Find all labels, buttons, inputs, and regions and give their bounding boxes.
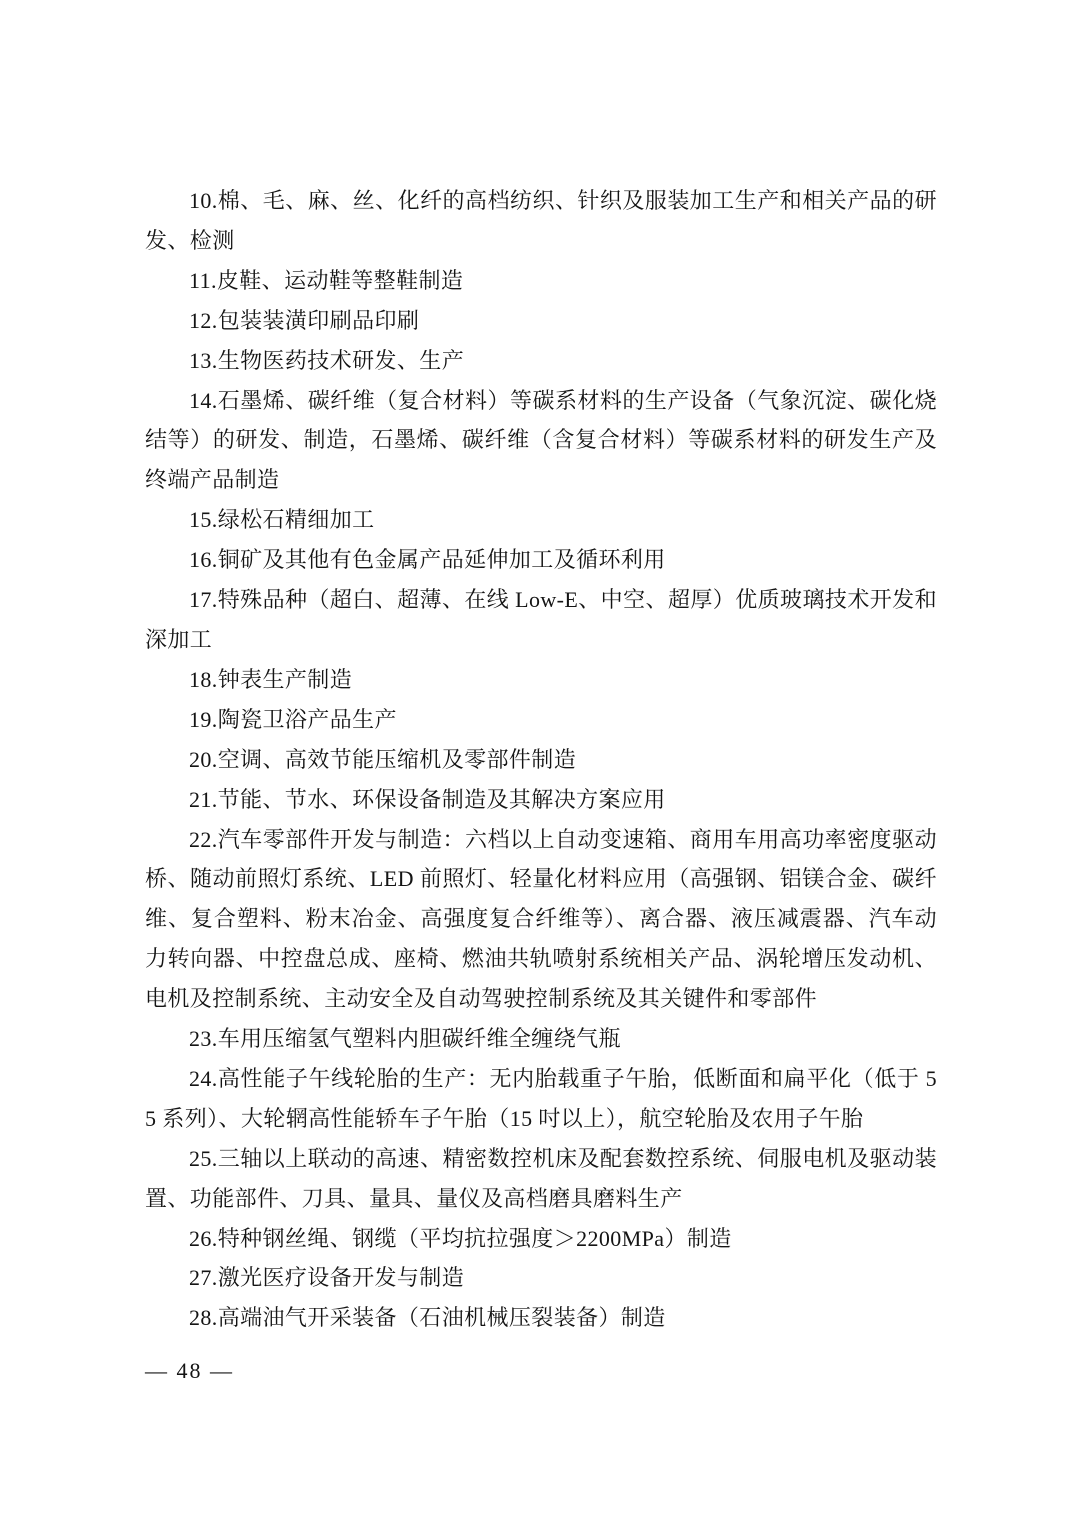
document-body: 10.棉、毛、麻、丝、化纤的高档纺织、针织及服装加工生产和相关产品的研发、检测 …: [145, 181, 937, 1338]
document-page: 10.棉、毛、麻、丝、化纤的高档纺织、针织及服装加工生产和相关产品的研发、检测 …: [0, 0, 1074, 1520]
list-item: 16.铜矿及其他有色金属产品延伸加工及循环利用: [145, 540, 937, 580]
list-item: 21.节能、节水、环保设备制造及其解决方案应用: [145, 780, 937, 820]
list-item: 23.车用压缩氢气塑料内胆碳纤维全缠绕气瓶: [145, 1019, 937, 1059]
list-item: 26.特种钢丝绳、钢缆（平均抗拉强度＞2200MPa）制造: [145, 1219, 937, 1259]
list-item: 15.绿松石精细加工: [145, 500, 937, 540]
list-item: 28.高端油气开采装备（石油机械压裂装备）制造: [145, 1298, 937, 1338]
page-number: — 48 —: [145, 1358, 234, 1384]
list-item: 25.三轴以上联动的高速、精密数控机床及配套数控系统、伺服电机及驱动装置、功能部…: [145, 1139, 937, 1219]
list-item: 24.高性能子午线轮胎的生产：无内胎载重子午胎，低断面和扁平化（低于 55 系列…: [145, 1059, 937, 1139]
list-item: 17.特殊品种（超白、超薄、在线 Low-E、中空、超厚）优质玻璃技术开发和深加…: [145, 580, 937, 660]
list-item: 14.石墨烯、碳纤维（复合材料）等碳系材料的生产设备（气象沉淀、碳化烧结等）的研…: [145, 381, 937, 501]
list-item: 27.激光医疗设备开发与制造: [145, 1258, 937, 1298]
list-item: 22.汽车零部件开发与制造：六档以上自动变速箱、商用车用高功率密度驱动桥、随动前…: [145, 820, 937, 1020]
list-item: 12.包装装潢印刷品印刷: [145, 301, 937, 341]
list-item: 13.生物医药技术研发、生产: [145, 341, 937, 381]
list-item: 20.空调、高效节能压缩机及零部件制造: [145, 740, 937, 780]
list-item: 19.陶瓷卫浴产品生产: [145, 700, 937, 740]
list-item: 11.皮鞋、运动鞋等整鞋制造: [145, 261, 937, 301]
list-item: 10.棉、毛、麻、丝、化纤的高档纺织、针织及服装加工生产和相关产品的研发、检测: [145, 181, 937, 261]
list-item: 18.钟表生产制造: [145, 660, 937, 700]
